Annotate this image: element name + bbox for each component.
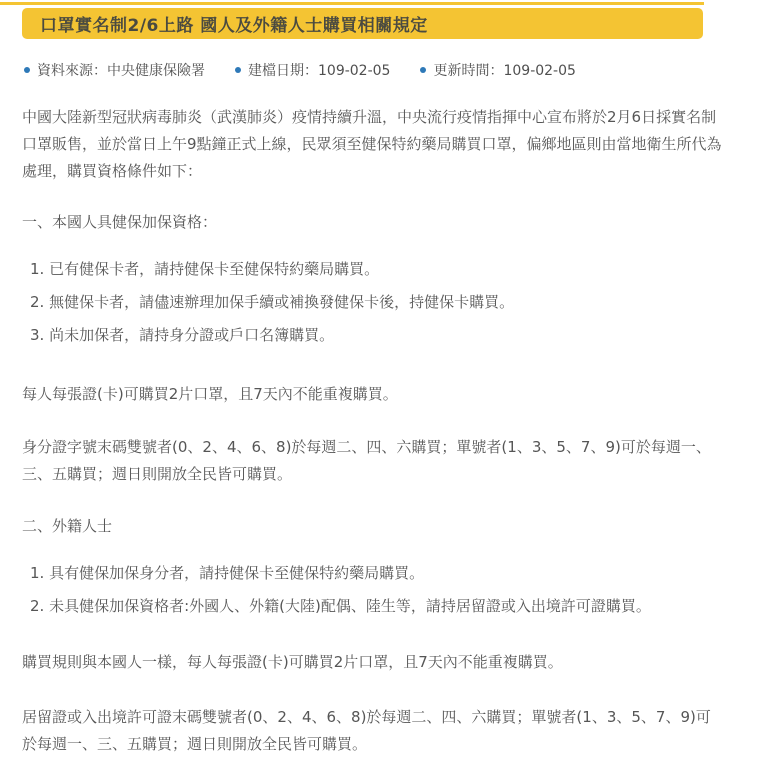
bullet-dot-icon bbox=[24, 67, 30, 73]
list-item: 2. 無健保卡者，請儘速辦理加保手續或補換發健保卡後，持健保卡購買。 bbox=[30, 292, 722, 312]
section1-schedule-rule: 身分證字號末碼雙號者(0、2、4、6、8)於每週二、四、六購買；單號者(1、3、… bbox=[22, 434, 722, 488]
meta-updated-label: 更新時間：109-02-05 bbox=[433, 60, 575, 80]
section1-heading: 一、本國人具健保加保資格： bbox=[22, 212, 722, 232]
section2-schedule-rule: 居留證或入出境許可證末碼雙號者(0、2、4、6、8)於每週二、四、六購買；單號者… bbox=[22, 704, 722, 758]
list-item: 2. 未具健保加保資格者:外國人、外籍(大陸)配偶、陸生等，請持居留證或入出境許… bbox=[30, 596, 722, 616]
list-item: 1. 已有健保卡者，請持健保卡至健保特約藥局購買。 bbox=[30, 259, 722, 279]
meta-updated-date: 更新時間：109-02-05 bbox=[420, 60, 575, 80]
section2-heading: 二、外籍人士 bbox=[22, 516, 722, 536]
page-title: 口罩實名制2/6上路 國人及外籍人士購買相關規定 bbox=[40, 11, 428, 36]
bullet-dot-icon bbox=[420, 67, 426, 73]
article-body: 中國大陸新型冠狀病毒肺炎（武漢肺炎）疫情持續升溫，中央流行疫情指揮中心宣布將於2… bbox=[22, 104, 722, 758]
meta-created-label: 建檔日期：109-02-05 bbox=[248, 60, 390, 80]
meta-source-label: 資料來源：中央健康保險署 bbox=[37, 60, 205, 80]
list-item: 1. 具有健保加保身分者，請持健保卡至健保特約藥局購買。 bbox=[30, 563, 722, 583]
meta-created-date: 建檔日期：109-02-05 bbox=[235, 60, 390, 80]
announcement-page: 口罩實名制2/6上路 國人及外籍人士購買相關規定 資料來源：中央健康保險署 建檔… bbox=[0, 2, 768, 758]
list-item: 3. 尚未加保者，請持身分證或戶口名簿購買。 bbox=[30, 325, 722, 345]
section1-per-person-rule: 每人每張證(卡)可購買2片口罩，且7天內不能重複購買。 bbox=[22, 381, 722, 408]
page-title-bar: 口罩實名制2/6上路 國人及外籍人士購買相關規定 bbox=[22, 8, 703, 39]
section2-rule-list: 1. 具有健保加保身分者，請持健保卡至健保特約藥局購買。 2. 未具健保加保資格… bbox=[30, 563, 722, 616]
section1-rule-list: 1. 已有健保卡者，請持健保卡至健保特約藥局購買。 2. 無健保卡者，請儘速辦理… bbox=[30, 259, 722, 345]
meta-row: 資料來源：中央健康保險署 建檔日期：109-02-05 更新時間：109-02-… bbox=[24, 60, 768, 80]
bullet-dot-icon bbox=[235, 67, 241, 73]
section2-per-person-rule: 購買規則與本國人一樣，每人每張證(卡)可購買2片口罩，且7天內不能重複購買。 bbox=[22, 649, 722, 676]
meta-source: 資料來源：中央健康保險署 bbox=[24, 60, 205, 80]
intro-paragraph: 中國大陸新型冠狀病毒肺炎（武漢肺炎）疫情持續升溫，中央流行疫情指揮中心宣布將於2… bbox=[22, 104, 722, 185]
top-accent-strip bbox=[0, 2, 704, 5]
